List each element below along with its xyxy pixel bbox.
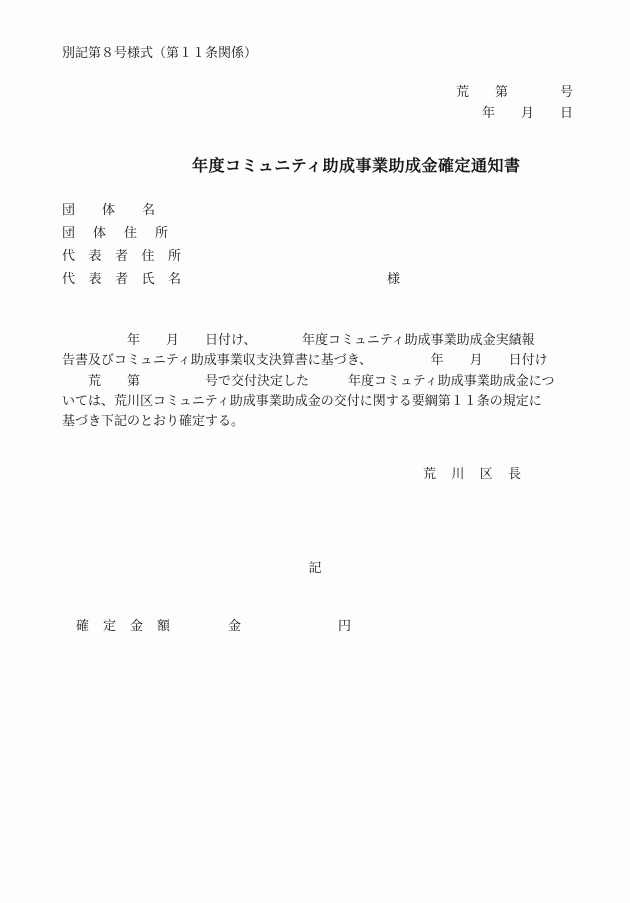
amount-currency-prefix: 金 (228, 618, 241, 634)
title-text: 年度コミュニティ助成事業助成金確定通知書 (192, 158, 520, 175)
document-number-line: 荒 第 号 (0, 84, 573, 100)
confirmed-amount-row: 確定金額 金 円 (0, 618, 630, 638)
field-row-group-address: 団体住所 (62, 225, 562, 248)
recipient-fields: 団体名 団体住所 代表者住所 代表者氏名 様 (62, 202, 562, 294)
body-paragraph-line: 基づき下記のとおり確定する。 (62, 411, 576, 431)
field-row-group-name: 団体名 (62, 202, 562, 225)
form-reference: 別記第８号様式（第１１条関係） (62, 45, 257, 61)
body-paragraph: 年 月 日付け、 年度コミュニティ助成事業助成金実績報 告書及びコミュニティ助成… (62, 330, 576, 431)
field-label-group-name: 団体名 (62, 202, 155, 218)
field-row-representative-address: 代表者住所 (62, 248, 562, 271)
date-line: 年 月 日 (0, 105, 573, 121)
field-label-representative-address: 代表者住所 (62, 248, 181, 264)
body-paragraph-line: いては、荒川区コミュニティ助成事業助成金の交付に関する要綱第１１条の規定に (62, 391, 576, 411)
title-year-blank (110, 158, 193, 175)
field-row-representative-name: 代表者氏名 様 (62, 271, 562, 294)
amount-label: 確定金額 (76, 618, 170, 634)
field-label-representative-name: 代表者氏名 (62, 271, 181, 287)
field-label-group-address: 団体住所 (62, 225, 168, 241)
document-title: 年度コミュニティ助成事業助成金確定通知書 (0, 157, 630, 177)
honorific-sama: 様 (387, 271, 400, 287)
body-paragraph-line: 荒 第 号で交付決定した 年度コミュティ助成事業助成金につ (62, 371, 576, 391)
amount-currency-suffix: 円 (338, 618, 351, 634)
record-marker: 記 (0, 560, 630, 576)
body-paragraph-line: 告書及びコミュニティ助成事業収支決算書に基づき、 年 月 日付け (62, 350, 576, 370)
notification-form-page: 別記第８号様式（第１１条関係） 荒 第 号 年 月 日 年度コミュニティ助成事業… (0, 0, 630, 903)
body-paragraph-line: 年 月 日付け、 年度コミュニティ助成事業助成金実績報 (62, 330, 576, 350)
mayor-signature: 荒川区長 (423, 466, 521, 482)
